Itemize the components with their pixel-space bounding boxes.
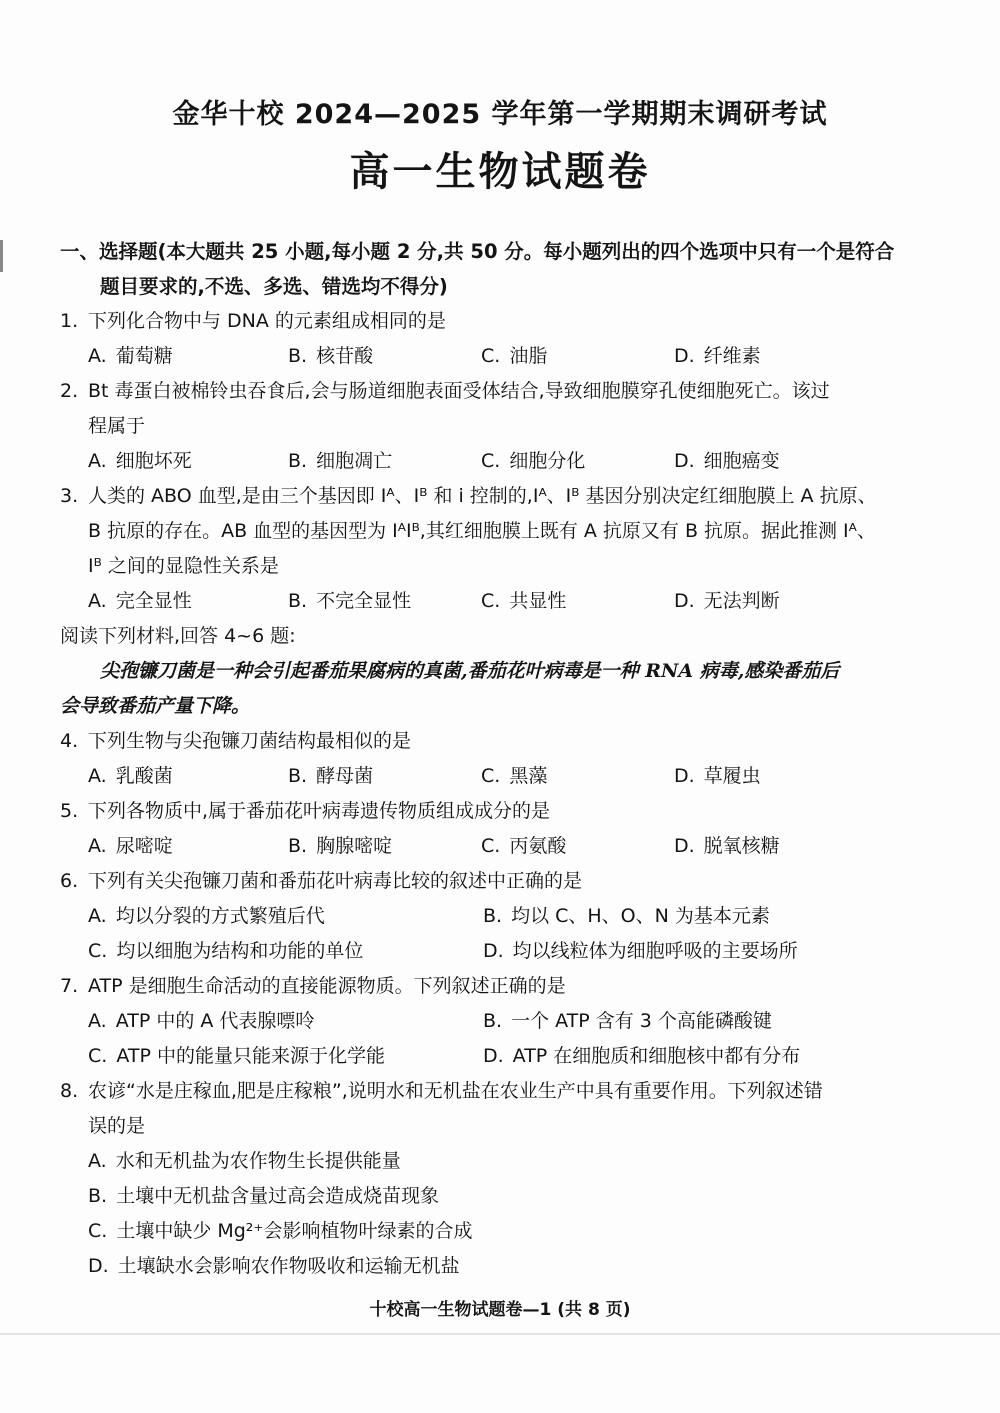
section-heading-line1: 一、选择题(本大题共 25 小题,每小题 2 分,共 50 分。每小题列出的四个…: [60, 234, 940, 269]
option-B: B.均以 C、H、O、N 为基本元素: [483, 899, 940, 934]
question-number: 6.: [60, 864, 82, 899]
question: 2.Bt 毒蛋白被棉铃虫吞食后,会与肠道细胞表面受体结合,导致细胞膜穿孔使细胞死…: [60, 374, 940, 479]
options-grid: A.完全显性B.不完全显性C.共显性D.无法判断: [60, 584, 940, 619]
option-B: B.不完全显性: [288, 584, 481, 619]
option-label: A.: [88, 450, 107, 472]
option-label: A.: [88, 835, 107, 857]
options-grid: A.细胞坏死B.细胞凋亡C.细胞分化D.细胞癌变: [60, 444, 940, 479]
options-grid: A.水和无机盐为农作物生长提供能量B.土壤中无机盐含量过高会造成烧苗现象C.土壤…: [60, 1144, 940, 1284]
question-number: 1.: [60, 304, 82, 339]
question-stem-text: Bt 毒蛋白被棉铃虫吞食后,会与肠道细胞表面受体结合,导致细胞膜穿孔使细胞死亡。…: [88, 380, 830, 402]
reading-intro: 阅读下列材料,回答 4~6 题:: [60, 619, 940, 654]
question-stem-line: 3.人类的 ABO 血型,是由三个基因即 Iᴬ、Iᴮ 和 i 控制的,Iᴬ、Iᴮ…: [60, 479, 940, 514]
option-label: A.: [88, 1150, 107, 1172]
question-stem-text: 农谚“水是庄稼血,肥是庄稼粮”,说明水和无机盐在农业生产中具有重要作用。下列叙述…: [88, 1080, 823, 1102]
page-footer: 十校高一生物试题卷—1 (共 8 页): [60, 1298, 940, 1322]
option-C: C.共显性: [481, 584, 674, 619]
option-text: 共显性: [509, 590, 566, 612]
option-label: B.: [288, 590, 307, 612]
section-heading: 一、选择题(本大题共 25 小题,每小题 2 分,共 50 分。每小题列出的四个…: [60, 234, 940, 304]
option-text: 丙氨酸: [509, 835, 566, 857]
option-text: 酵母菌: [316, 765, 373, 787]
option-text: 葡萄糖: [116, 345, 173, 367]
option-text: 完全显性: [116, 590, 192, 612]
option-label: D.: [674, 345, 695, 367]
option-A: A.ATP 中的 A 代表腺嘌呤: [88, 1004, 483, 1039]
option-text: 尿嘧啶: [116, 835, 173, 857]
option-text: 土壤中缺少 Mg²⁺会影响植物叶绿素的合成: [116, 1220, 472, 1242]
question-stem-line: 程属于: [60, 409, 940, 444]
option-text: ATP 中的 A 代表腺嘌呤: [116, 1010, 315, 1032]
option-D: D.均以线粒体为细胞呼吸的主要场所: [483, 934, 940, 969]
question-stem-text: 人类的 ABO 血型,是由三个基因即 Iᴬ、Iᴮ 和 i 控制的,Iᴬ、Iᴮ 基…: [88, 485, 877, 507]
option-D: D.草履虫: [674, 759, 940, 794]
question-stem-line: 6.下列有关尖孢镰刀菌和番茄花叶病毒比较的叙述中正确的是: [60, 864, 940, 899]
option-text: 胸腺嘧啶: [316, 835, 392, 857]
question-stem-text: ATP 是细胞生命活动的直接能源物质。下列叙述正确的是: [88, 975, 566, 997]
option-label: C.: [481, 835, 500, 857]
option-text: 细胞分化: [509, 450, 585, 472]
question: 1.下列化合物中与 DNA 的元素组成相同的是A.葡萄糖B.核苷酸C.油脂D.纤…: [60, 304, 940, 374]
option-A: A.水和无机盐为农作物生长提供能量: [88, 1144, 940, 1179]
option-label: D.: [674, 765, 695, 787]
option-D: D.纤维素: [674, 339, 940, 374]
option-text: 细胞凋亡: [316, 450, 392, 472]
option-label: D.: [483, 940, 504, 962]
question-number: 7.: [60, 969, 82, 1004]
option-label: D.: [674, 590, 695, 612]
question-stem-line: 1.下列化合物中与 DNA 的元素组成相同的是: [60, 304, 940, 339]
options-grid: A.葡萄糖B.核苷酸C.油脂D.纤维素: [60, 339, 940, 374]
option-C: C.细胞分化: [481, 444, 674, 479]
option-B: B.土壤中无机盐含量过高会造成烧苗现象: [88, 1179, 940, 1214]
option-text: 纤维素: [704, 345, 761, 367]
option-text: 油脂: [509, 345, 547, 367]
option-C: C.ATP 中的能量只能来源于化学能: [88, 1039, 483, 1074]
question-stem-line: 2.Bt 毒蛋白被棉铃虫吞食后,会与肠道细胞表面受体结合,导致细胞膜穿孔使细胞死…: [60, 374, 940, 409]
option-text: 核苷酸: [316, 345, 373, 367]
option-text: 乳酸菌: [116, 765, 173, 787]
option-label: B.: [483, 905, 502, 927]
options-grid: A.均以分裂的方式繁殖后代B.均以 C、H、O、N 为基本元素C.均以细胞为结构…: [60, 899, 940, 969]
option-C: C.土壤中缺少 Mg²⁺会影响植物叶绿素的合成: [88, 1214, 940, 1249]
option-A: A.均以分裂的方式繁殖后代: [88, 899, 483, 934]
question: 6.下列有关尖孢镰刀菌和番茄花叶病毒比较的叙述中正确的是A.均以分裂的方式繁殖后…: [60, 864, 940, 969]
question-stem-line: 7.ATP 是细胞生命活动的直接能源物质。下列叙述正确的是: [60, 969, 940, 1004]
option-label: B.: [288, 765, 307, 787]
option-text: ATP 在细胞质和细胞核中都有分布: [513, 1045, 801, 1067]
option-label: D.: [483, 1045, 504, 1067]
reading-material: 尖孢镰刀菌是一种会引起番茄果腐病的真菌,番茄花叶病毒是一种 RNA 病毒,感染番…: [60, 654, 940, 724]
option-label: D.: [674, 835, 695, 857]
option-label: B.: [88, 1185, 107, 1207]
question: 3.人类的 ABO 血型,是由三个基因即 Iᴬ、Iᴮ 和 i 控制的,Iᴬ、Iᴮ…: [60, 479, 940, 619]
option-label: B.: [288, 345, 307, 367]
question-number: 5.: [60, 794, 82, 829]
option-text: 均以线粒体为细胞呼吸的主要场所: [513, 940, 798, 962]
option-label: A.: [88, 905, 107, 927]
option-A: A.尿嘧啶: [88, 829, 288, 864]
material-line: 尖孢镰刀菌是一种会引起番茄果腐病的真菌,番茄花叶病毒是一种 RNA 病毒,感染番…: [60, 654, 940, 689]
option-label: C.: [481, 590, 500, 612]
question-stem-line: 8.农谚“水是庄稼血,肥是庄稼粮”,说明水和无机盐在农业生产中具有重要作用。下列…: [60, 1074, 940, 1109]
option-C: C.油脂: [481, 339, 674, 374]
option-A: A.细胞坏死: [88, 444, 288, 479]
option-D: D.土壤缺水会影响农作物吸收和运输无机盐: [88, 1249, 940, 1284]
option-text: 脱氧核糖: [704, 835, 780, 857]
option-label: C.: [88, 1045, 107, 1067]
option-B: B.细胞凋亡: [288, 444, 481, 479]
question-list: 1.下列化合物中与 DNA 的元素组成相同的是A.葡萄糖B.核苷酸C.油脂D.纤…: [60, 304, 940, 1284]
option-B: B.酵母菌: [288, 759, 481, 794]
options-grid: A.乳酸菌B.酵母菌C.黑藻D.草履虫: [60, 759, 940, 794]
option-label: C.: [481, 345, 500, 367]
option-text: 黑藻: [509, 765, 547, 787]
question-stem-text: 下列生物与尖孢镰刀菌结构最相似的是: [88, 730, 411, 752]
exam-session-title: 金华十校 2024—2025 学年第一学期期末调研考试: [60, 98, 940, 132]
scan-artifact: [0, 240, 3, 272]
option-D: D.细胞癌变: [674, 444, 940, 479]
option-C: C.黑藻: [481, 759, 674, 794]
question-number: 2.: [60, 374, 82, 409]
option-A: A.葡萄糖: [88, 339, 288, 374]
question-stem-line: 4.下列生物与尖孢镰刀菌结构最相似的是: [60, 724, 940, 759]
option-C: C.均以细胞为结构和功能的单位: [88, 934, 483, 969]
question-stem-text: 下列各物质中,属于番茄花叶病毒遗传物质组成成分的是: [88, 800, 550, 822]
question-number: 4.: [60, 724, 82, 759]
option-text: 一个 ATP 含有 3 个高能磷酸键: [511, 1010, 772, 1032]
exam-page: 金华十校 2024—2025 学年第一学期期末调研考试 高一生物试题卷 一、选择…: [0, 0, 1000, 1413]
option-label: A.: [88, 345, 107, 367]
paper-title: 高一生物试题卷: [60, 148, 940, 196]
question: 5.下列各物质中,属于番茄花叶病毒遗传物质组成成分的是A.尿嘧啶B.胸腺嘧啶C.…: [60, 794, 940, 864]
option-label: C.: [88, 1220, 107, 1242]
option-label: A.: [88, 590, 107, 612]
option-text: 均以 C、H、O、N 为基本元素: [511, 905, 770, 927]
question-stem-line: 5.下列各物质中,属于番茄花叶病毒遗传物质组成成分的是: [60, 794, 940, 829]
option-label: B.: [483, 1010, 502, 1032]
question-stem-line: Iᴮ 之间的显隐性关系是: [60, 549, 940, 584]
question-stem-text: 下列化合物中与 DNA 的元素组成相同的是: [88, 310, 446, 332]
option-label: A.: [88, 1010, 107, 1032]
question-stem-line: 误的是: [60, 1109, 940, 1144]
question: 8.农谚“水是庄稼血,肥是庄稼粮”,说明水和无机盐在农业生产中具有重要作用。下列…: [60, 1074, 940, 1284]
option-B: B.一个 ATP 含有 3 个高能磷酸键: [483, 1004, 940, 1039]
option-text: 均以分裂的方式繁殖后代: [116, 905, 325, 927]
option-A: A.完全显性: [88, 584, 288, 619]
option-text: 细胞坏死: [116, 450, 192, 472]
question-number: 8.: [60, 1074, 82, 1109]
option-label: D.: [674, 450, 695, 472]
option-C: C.丙氨酸: [481, 829, 674, 864]
option-label: B.: [288, 835, 307, 857]
option-text: 不完全显性: [316, 590, 411, 612]
option-text: 细胞癌变: [704, 450, 780, 472]
options-grid: A.ATP 中的 A 代表腺嘌呤B.一个 ATP 含有 3 个高能磷酸键C.AT…: [60, 1004, 940, 1074]
option-A: A.乳酸菌: [88, 759, 288, 794]
option-text: 水和无机盐为农作物生长提供能量: [116, 1150, 401, 1172]
option-D: D.ATP 在细胞质和细胞核中都有分布: [483, 1039, 940, 1074]
question-stem-line: B 抗原的存在。AB 血型的基因型为 IᴬIᴮ,其红细胞膜上既有 A 抗原又有 …: [60, 514, 940, 549]
section-heading-line2: 题目要求的,不选、多选、错选均不得分): [60, 269, 940, 304]
option-D: D.脱氧核糖: [674, 829, 940, 864]
material-line: 会导致番茄产量下降。: [60, 689, 940, 724]
option-label: B.: [288, 450, 307, 472]
option-label: D.: [88, 1255, 109, 1277]
option-B: B.胸腺嘧啶: [288, 829, 481, 864]
option-label: C.: [481, 450, 500, 472]
question-stem-text: 下列有关尖孢镰刀菌和番茄花叶病毒比较的叙述中正确的是: [88, 870, 582, 892]
option-label: A.: [88, 765, 107, 787]
option-D: D.无法判断: [674, 584, 940, 619]
option-text: 均以细胞为结构和功能的单位: [116, 940, 363, 962]
option-text: 无法判断: [704, 590, 780, 612]
option-text: 草履虫: [704, 765, 761, 787]
option-label: C.: [481, 765, 500, 787]
option-B: B.核苷酸: [288, 339, 481, 374]
question: 7.ATP 是细胞生命活动的直接能源物质。下列叙述正确的是A.ATP 中的 A …: [60, 969, 940, 1074]
option-text: ATP 中的能量只能来源于化学能: [116, 1045, 385, 1067]
options-grid: A.尿嘧啶B.胸腺嘧啶C.丙氨酸D.脱氧核糖: [60, 829, 940, 864]
question-number: 3.: [60, 479, 82, 514]
question: 4.下列生物与尖孢镰刀菌结构最相似的是A.乳酸菌B.酵母菌C.黑藻D.草履虫: [60, 724, 940, 794]
bottom-divider: [0, 1333, 1000, 1335]
option-text: 土壤缺水会影响农作物吸收和运输无机盐: [118, 1255, 460, 1277]
option-label: C.: [88, 940, 107, 962]
option-text: 土壤中无机盐含量过高会造成烧苗现象: [116, 1185, 439, 1207]
